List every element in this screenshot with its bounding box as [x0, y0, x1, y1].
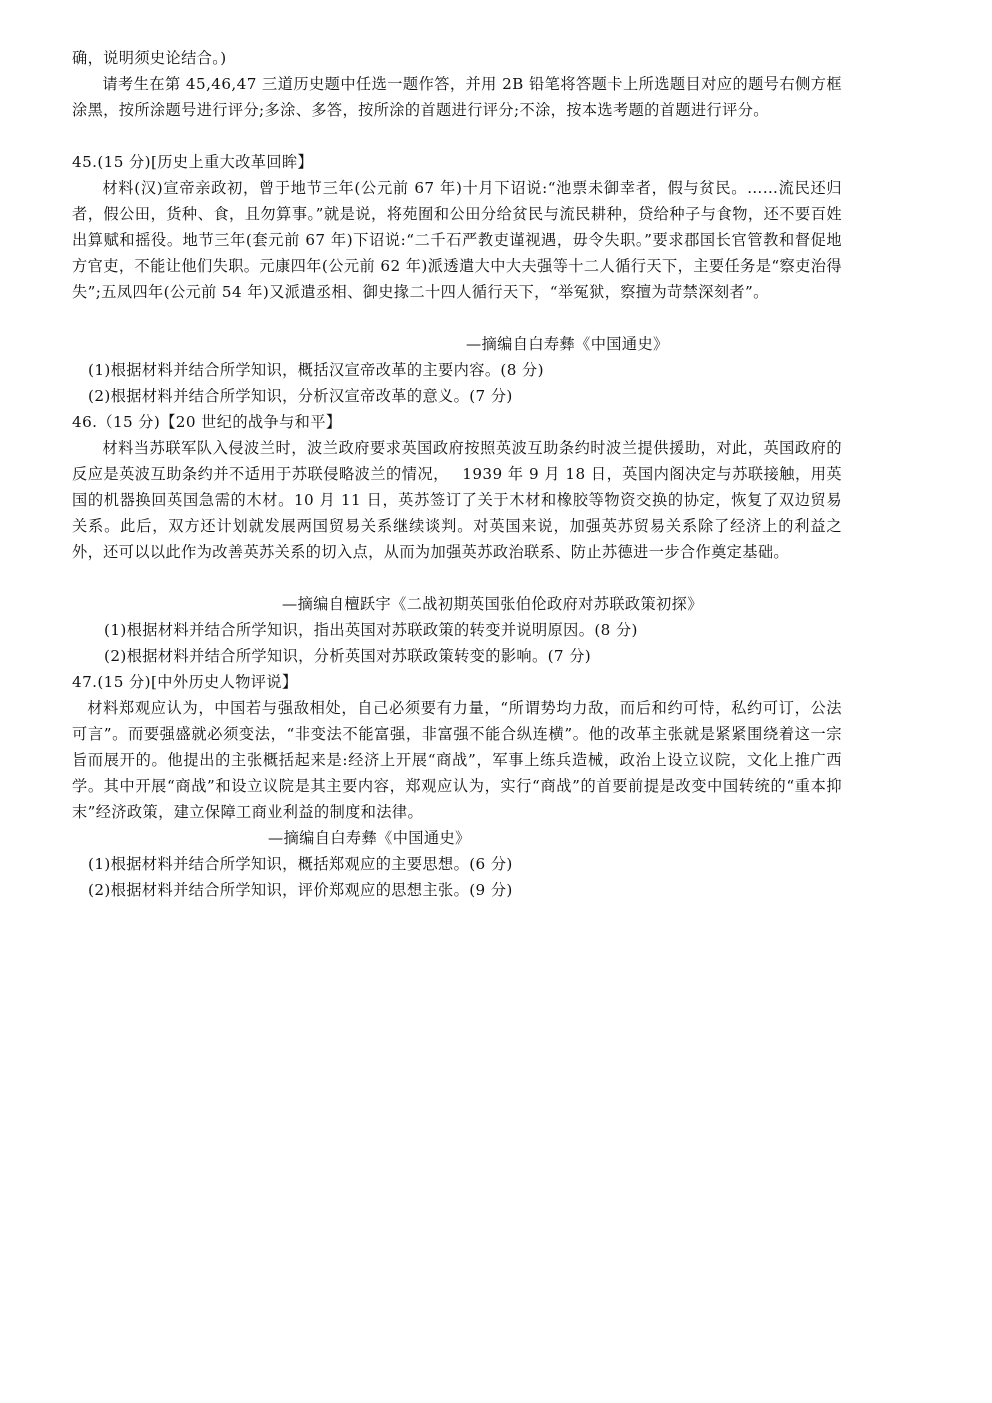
- question-material: 材料郑观应认为，中国若与强敌相处，自己必须要有力量，“所谓势均力敌，而后和约可恃…: [72, 695, 842, 825]
- selection-instruction: 请考生在第 45,46,47 三道历史题中任选一题作答，并用 2B 铅笔将答题卡…: [72, 71, 842, 149]
- subquestion-2: (2)根据材料并结合所学知识，分析汉宣帝改革的意义。(7 分): [72, 383, 842, 409]
- material-source: —摘编自白寿彝《中国通史》: [72, 825, 842, 851]
- exam-page: 确，说明须史论结合。) 请考生在第 45,46,47 三道历史题中任选一题作答，…: [72, 45, 842, 903]
- question-46: 46.（15 分)【20 世纪的战争与和平】 材料当苏联军队入侵波兰时，波兰政府…: [72, 409, 842, 669]
- subquestion-1: (1)根据材料并结合所学知识，概括郑观应的主要思想。(6 分): [72, 851, 842, 877]
- question-heading: 45.(15 分)[历史上重大改革回眸】: [72, 149, 842, 175]
- subquestion-1: (1)根据材料并结合所学知识，概括汉宣帝改革的主要内容。(8 分): [72, 357, 842, 383]
- question-material: 材料当苏联军队入侵波兰时，波兰政府要求英国政府按照英波互助条约时波兰提供援助，对…: [72, 435, 842, 591]
- question-material: 材料(汉)宣帝亲政初，曾于地节三年(公元前 67 年)十月下诏说:“池票未御幸者…: [72, 175, 842, 331]
- question-45: 45.(15 分)[历史上重大改革回眸】 材料(汉)宣帝亲政初，曾于地节三年(公…: [72, 149, 842, 409]
- material-source: —摘编自白寿彝《中国通史》: [72, 331, 842, 357]
- carry-over-text: 确，说明须史论结合。): [72, 45, 842, 71]
- subquestion-2: (2)根据材料并结合所学知识，评价郑观应的思想主张。(9 分): [72, 877, 842, 903]
- question-heading: 47.(15 分)[中外历史人物评说】: [72, 669, 842, 695]
- question-47: 47.(15 分)[中外历史人物评说】 材料郑观应认为，中国若与强敌相处，自己必…: [72, 669, 842, 903]
- subquestion-1: (1)根据材料并结合所学知识，指出英国对苏联政策的转变并说明原因。(8 分): [72, 617, 842, 643]
- question-heading: 46.（15 分)【20 世纪的战争与和平】: [72, 409, 842, 435]
- material-source: —摘编自檀跃宇《二战初期英国张伯伦政府对苏联政策初探》: [72, 591, 842, 617]
- subquestion-2: (2)根据材料并结合所学知识，分析英国对苏联政策转变的影响。(7 分): [72, 643, 842, 669]
